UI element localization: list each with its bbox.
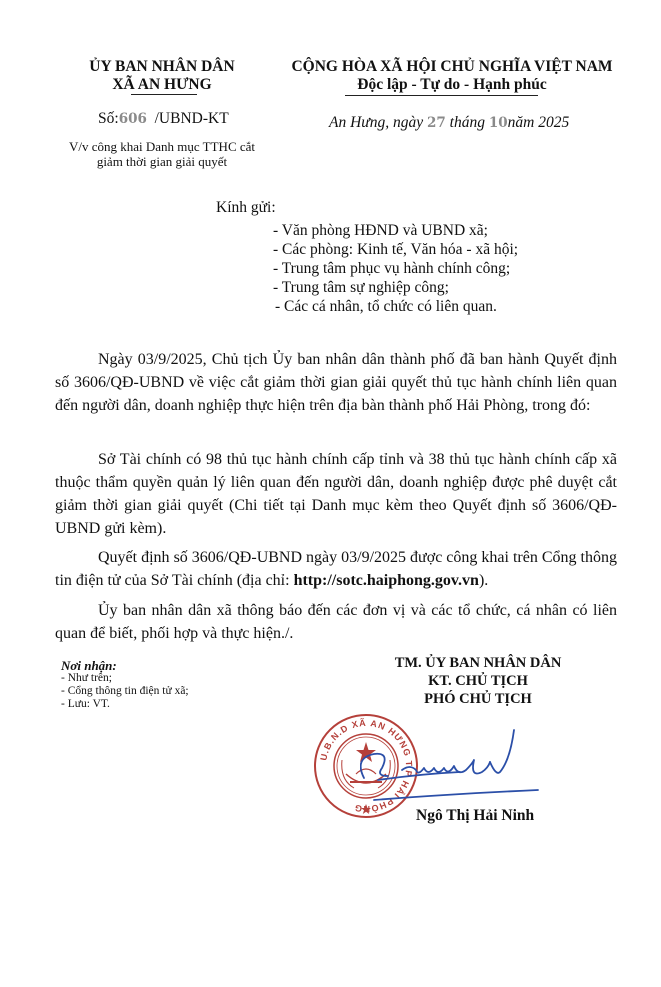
signature-line2: KT. CHỦ TỊCH (378, 672, 578, 690)
distribution-title: Nơi nhận: (61, 659, 189, 672)
number-value: 606 (119, 111, 147, 127)
date-month-label: tháng (450, 114, 485, 131)
authority-underline (131, 94, 197, 95)
recipient-item: - Trung tâm phục vụ hành chính công; (273, 259, 518, 278)
signature-line3: PHÓ CHỦ TỊCH (378, 690, 578, 708)
authority-line1: ỦY BAN NHÂN DÂN (62, 58, 262, 76)
issuing-authority: ỦY BAN NHÂN DÂN XÃ AN HƯNG (62, 58, 262, 94)
date-month: 10 (489, 115, 508, 131)
recipients-list: - Văn phòng HĐND và UBND xã; - Các phòng… (273, 221, 518, 316)
date-day: 27 (427, 115, 446, 131)
recipient-item: - Trung tâm sự nghiệp công; (273, 278, 518, 297)
p3-end: ). (479, 572, 488, 589)
document-subject: V/v công khai Danh mục TTHC cắt giảm thờ… (42, 139, 282, 169)
distribution-item: - Lưu: VT. (61, 698, 189, 711)
body-paragraph-1: Ngày 03/9/2025, Chủ tịch Ủy ban nhân dân… (55, 348, 617, 417)
date-year-label: năm 2025 (508, 114, 570, 131)
subject-line1: V/v công khai Danh mục TTHC cắt (42, 139, 282, 154)
recipient-item: - Văn phòng HĐND và UBND xã; (273, 221, 518, 240)
number-suffix: /UBND-KT (155, 110, 229, 127)
signer-name: Ngô Thị Hải Ninh (416, 807, 534, 825)
subject-line2: giảm thời gian giải quyết (42, 154, 282, 169)
recipients-label: Kính gửi: (216, 199, 276, 217)
motto-underline (345, 95, 538, 96)
distribution-list: Nơi nhận: - Như trên; - Cổng thông tin đ… (61, 659, 189, 711)
document-number: Số:606 /UBND-KT (98, 110, 229, 128)
distribution-item: - Như trên; (61, 672, 189, 685)
document-date: An Hưng, ngày 27 tháng 10năm 2025 (329, 114, 569, 132)
number-prefix: Số: (98, 110, 119, 127)
national-motto: Độc lập - Tự do - Hạnh phúc (282, 76, 622, 94)
national-title-line1: CỘNG HÒA XÃ HỘI CHỦ NGHĨA VIỆT NAM (282, 58, 622, 76)
body-paragraph-2: Sở Tài chính có 98 thủ tục hành chính cấ… (55, 448, 617, 540)
distribution-item: - Cổng thông tin điện tử xã; (61, 685, 189, 698)
handwritten-signature-icon (360, 720, 560, 820)
signature-block: TM. ỦY BAN NHÂN DÂN KT. CHỦ TỊCH PHÓ CHỦ… (378, 654, 578, 708)
recipient-item: - Các phòng: Kinh tế, Văn hóa - xã hội; (273, 240, 518, 259)
recipient-item: - Các cá nhân, tổ chức có liên quan. (273, 297, 518, 316)
national-title: CỘNG HÒA XÃ HỘI CHỦ NGHĨA VIỆT NAM Độc l… (282, 58, 622, 94)
body-paragraph-4: Ủy ban nhân dân xã thông báo đến các đơn… (55, 599, 617, 645)
website-link[interactable]: http://sotc.haiphong.gov.vn (294, 572, 479, 589)
signature-line1: TM. ỦY BAN NHÂN DÂN (378, 654, 578, 672)
authority-line2: XÃ AN HƯNG (62, 76, 262, 94)
date-prefix: An Hưng, ngày (329, 114, 427, 131)
body-paragraph-3: Quyết định số 3606/QĐ-UBND ngày 03/9/202… (55, 546, 617, 592)
